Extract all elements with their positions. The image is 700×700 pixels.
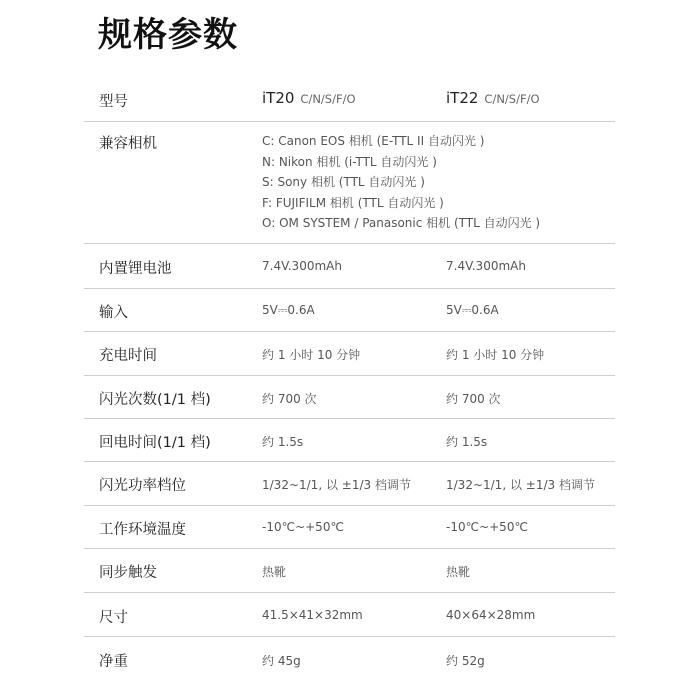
value-it22: 约 52g bbox=[446, 652, 485, 669]
compat-nikon: N: Nikon 相机 (i-TTL 自动闪光 ) bbox=[262, 152, 540, 173]
row-label: 兼容相机 bbox=[99, 132, 157, 153]
model-suffix: C/N/S/F/O bbox=[484, 92, 539, 106]
row-label: 输入 bbox=[99, 301, 128, 322]
value-it22: 约 1.5s bbox=[446, 433, 487, 450]
value-it20: 约 45g bbox=[262, 652, 301, 669]
value-it22: 7.4V.300mAh bbox=[446, 259, 526, 273]
value-it22: 约 700 次 bbox=[446, 390, 501, 407]
value-it20: 热靴 bbox=[262, 563, 286, 580]
row-label: 闪光功率档位 bbox=[99, 474, 186, 495]
value-it20: 1/32~1/1, 以 ±1/3 档调节 bbox=[262, 476, 411, 493]
table-row-input: 输入 5V⎓0.6A 5V⎓0.6A bbox=[84, 289, 615, 332]
value-it22: 1/32~1/1, 以 ±1/3 档调节 bbox=[446, 476, 595, 493]
value-it20: 5V⎓0.6A bbox=[262, 303, 315, 318]
table-row-recycle-time: 回电时间(1/1 档) 约 1.5s 约 1.5s bbox=[84, 419, 615, 462]
row-label: 回电时间(1/1 档) bbox=[99, 431, 211, 452]
model-name: iT20 bbox=[262, 89, 294, 107]
row-label: 型号 bbox=[99, 90, 128, 111]
value-it22: -10℃~+50℃ bbox=[446, 520, 528, 534]
row-label: 同步触发 bbox=[99, 561, 157, 582]
table-row-battery: 内置锂电池 7.4V.300mAh 7.4V.300mAh bbox=[84, 244, 615, 289]
value-it20: 约 1 小时 10 分钟 bbox=[262, 346, 360, 363]
value-it22: 热靴 bbox=[446, 563, 470, 580]
value-it20: 约 1.5s bbox=[262, 433, 303, 450]
row-label: 尺寸 bbox=[99, 606, 128, 627]
model-name: iT22 bbox=[446, 89, 478, 107]
table-row-operating-temp: 工作环境温度 -10℃~+50℃ -10℃~+50℃ bbox=[84, 506, 615, 549]
value-it20: 41.5×41×32mm bbox=[262, 608, 363, 622]
row-label: 工作环境温度 bbox=[99, 518, 186, 539]
table-row-power-levels: 闪光功率档位 1/32~1/1, 以 ±1/3 档调节 1/32~1/1, 以 … bbox=[84, 462, 615, 506]
row-label: 充电时间 bbox=[99, 344, 157, 365]
row-label: 闪光次数(1/1 档) bbox=[99, 388, 211, 409]
compat-list: C: Canon EOS 相机 (E-TTL II 自动闪光 ) N: Niko… bbox=[262, 131, 540, 234]
row-label: 净重 bbox=[99, 650, 128, 671]
table-row-net-weight: 净重 约 45g 约 52g bbox=[84, 637, 615, 681]
model-it22: iT22C/N/S/F/O bbox=[446, 89, 540, 107]
value-it22: 5V⎓0.6A bbox=[446, 303, 499, 318]
model-suffix: C/N/S/F/O bbox=[300, 92, 355, 106]
model-it20: iT20C/N/S/F/O bbox=[262, 89, 356, 107]
spec-table: 型号 iT20C/N/S/F/O iT22C/N/S/F/O 兼容相机 C: C… bbox=[84, 78, 615, 681]
compat-sony: S: Sony 相机 (TTL 自动闪光 ) bbox=[262, 172, 540, 193]
compat-fujifilm: F: FUJIFILM 相机 (TTL 自动闪光 ) bbox=[262, 193, 540, 214]
compat-canon: C: Canon EOS 相机 (E-TTL II 自动闪光 ) bbox=[262, 131, 540, 152]
compat-om-panasonic: O: OM SYSTEM / Panasonic 相机 (TTL 自动闪光 ) bbox=[262, 213, 540, 234]
table-row-charge-time: 充电时间 约 1 小时 10 分钟 约 1 小时 10 分钟 bbox=[84, 332, 615, 376]
table-row-flash-count: 闪光次数(1/1 档) 约 700 次 约 700 次 bbox=[84, 376, 615, 419]
value-it20: 约 700 次 bbox=[262, 390, 317, 407]
table-row-compat: 兼容相机 C: Canon EOS 相机 (E-TTL II 自动闪光 ) N:… bbox=[84, 122, 615, 244]
value-it22: 约 1 小时 10 分钟 bbox=[446, 346, 544, 363]
value-it22: 40×64×28mm bbox=[446, 608, 535, 622]
table-row-model: 型号 iT20C/N/S/F/O iT22C/N/S/F/O bbox=[84, 78, 615, 122]
table-row-dimensions: 尺寸 41.5×41×32mm 40×64×28mm bbox=[84, 593, 615, 637]
value-it20: -10℃~+50℃ bbox=[262, 520, 344, 534]
row-label: 内置锂电池 bbox=[99, 257, 172, 278]
table-row-sync-trigger: 同步触发 热靴 热靴 bbox=[84, 549, 615, 593]
value-it20: 7.4V.300mAh bbox=[262, 259, 342, 273]
spec-page: 规格参数 型号 iT20C/N/S/F/O iT22C/N/S/F/O 兼容相机… bbox=[0, 0, 700, 700]
page-title: 规格参数 bbox=[98, 12, 238, 58]
